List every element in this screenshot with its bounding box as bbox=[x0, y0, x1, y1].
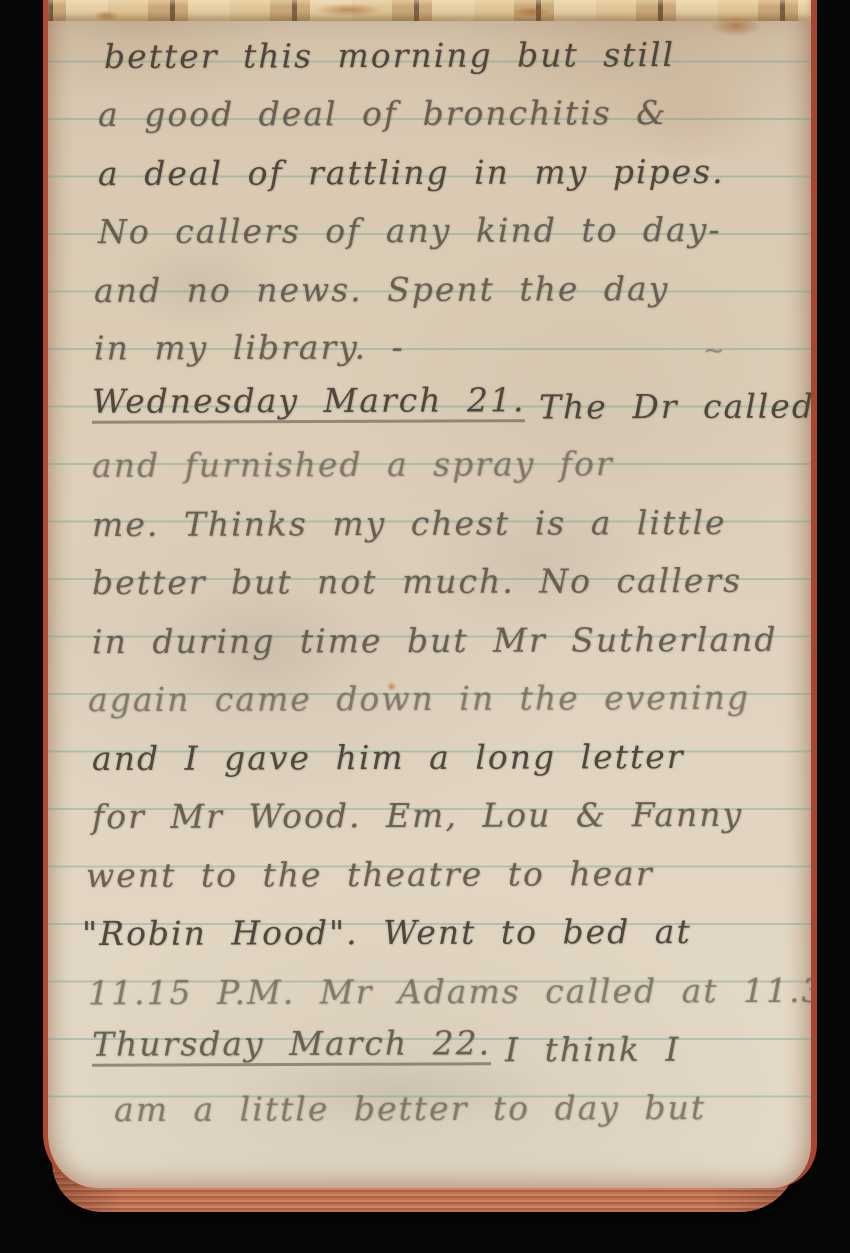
entry-date-wednesday: Wednesday March 21. bbox=[92, 383, 526, 424]
stray-pencil-mark: ~ bbox=[703, 338, 727, 364]
diary-page: better this morning but still a good dea… bbox=[43, 0, 817, 1188]
entry-date-thursday: Thursday March 22. bbox=[92, 1026, 491, 1066]
diary-line: better this morning but still bbox=[92, 6, 797, 65]
diary-line: am a little better to day but bbox=[92, 1059, 797, 1118]
diary-photograph: better this morning but still a good dea… bbox=[0, 0, 850, 1253]
handwritten-entry: better this morning but still a good dea… bbox=[92, 6, 797, 1118]
